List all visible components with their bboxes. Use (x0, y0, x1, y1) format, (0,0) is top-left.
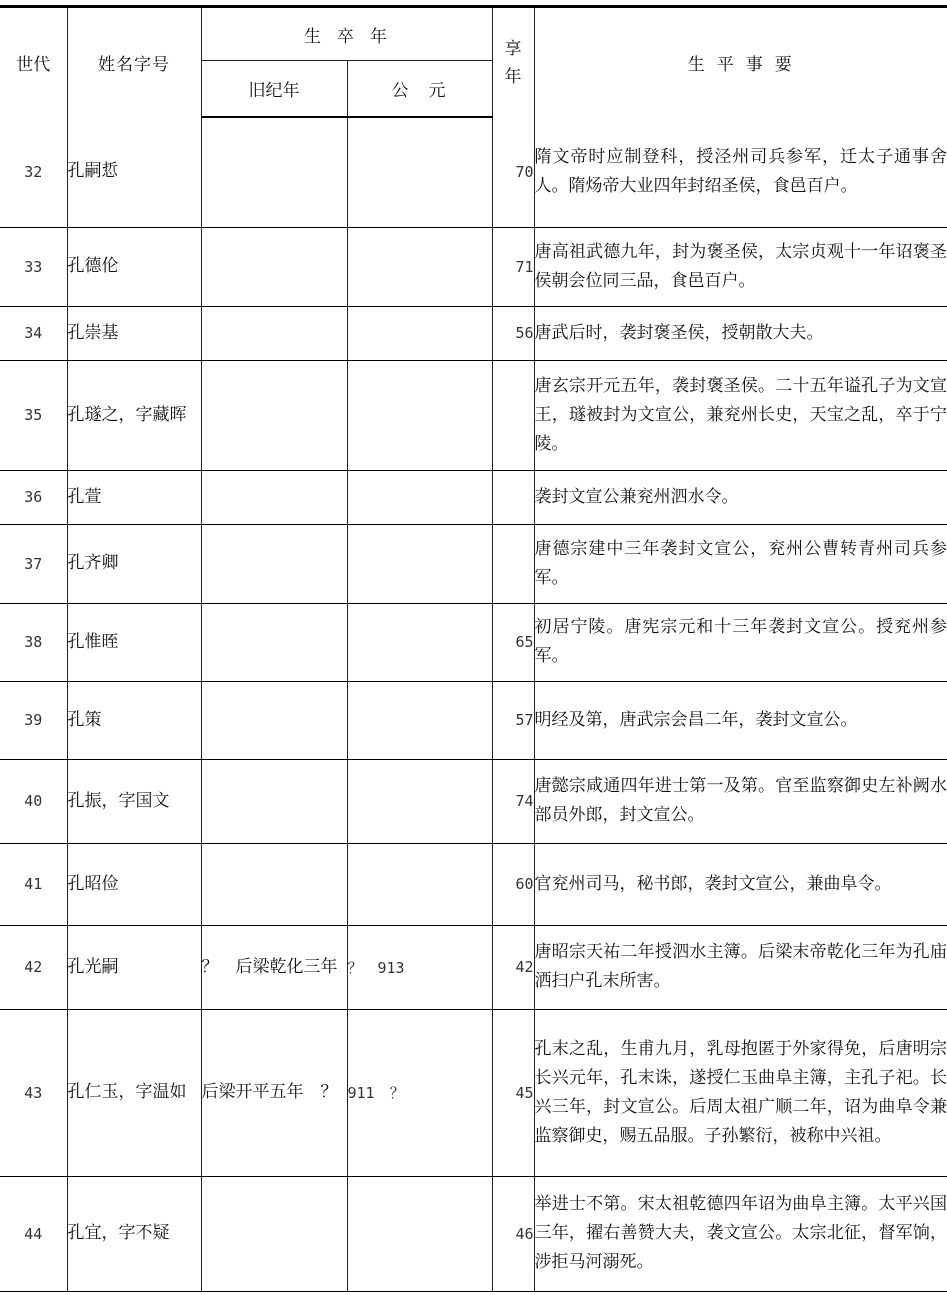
name-cell: 孔璲之，字藏晖 (67, 360, 201, 470)
ad-cell (347, 1176, 492, 1291)
name-cell: 孔齐卿 (67, 524, 201, 603)
old-calendar-cell (201, 603, 347, 681)
name-cell: 孔宜，字不疑 (67, 1176, 201, 1291)
generation-cell: 43 (0, 1009, 67, 1176)
age-cell: 71 (492, 227, 534, 306)
age-cell (492, 524, 534, 603)
name-cell: 孔崇基 (67, 306, 201, 360)
table-row: 41 孔昭俭 60 官兖州司马，秘书郎，袭封文宣公，兼曲阜令。 (0, 843, 947, 925)
old-calendar-cell: 后梁开平五年 ？ (201, 1009, 347, 1176)
header-age: 享年 (492, 7, 534, 118)
age-cell: 42 (492, 925, 534, 1009)
biography-cell: 唐德宗建中三年袭封文宣公，兖州公曹转青州司兵参军。 (534, 524, 947, 603)
name-cell: 孔萱 (67, 470, 201, 524)
ad-cell (347, 759, 492, 843)
header-biography: 生平事要 (534, 7, 947, 118)
biography-cell: 唐高祖武德九年，封为褒圣侯，太宗贞观十一年诏褒圣侯朝会位同三品，食邑百户。 (534, 227, 947, 306)
genealogy-table: 世代 姓名字号 生卒年 享年 生平事要 旧纪年 公元 32 孔嗣悊 70 隋文帝… (0, 5, 947, 1292)
name-cell: 孔惟晊 (67, 603, 201, 681)
age-cell: 56 (492, 306, 534, 360)
old-calendar-cell (201, 470, 347, 524)
biography-cell: 明经及第，唐武宗会昌二年，袭封文宣公。 (534, 681, 947, 759)
age-cell: 65 (492, 603, 534, 681)
biography-cell: 唐玄宗开元五年，袭封褒圣侯。二十五年谥孔子为文宣王，璲被封为文宣公，兼兖州长史，… (534, 360, 947, 470)
ad-cell (347, 681, 492, 759)
age-cell: 57 (492, 681, 534, 759)
age-cell: 46 (492, 1176, 534, 1291)
ad-cell (347, 306, 492, 360)
generation-cell: 34 (0, 306, 67, 360)
generation-cell: 36 (0, 470, 67, 524)
table-row: 38 孔惟晊 65 初居宁陵。唐宪宗元和十三年袭封文宣公。授兖州参军。 (0, 603, 947, 681)
biography-cell: 唐懿宗咸通四年进士第一及第。官至监察御史左补阙水部员外郎，封文宣公。 (534, 759, 947, 843)
table-row: 43 孔仁玉，字温如 后梁开平五年 ？ 911 ？ 45 孔末之乱，生甫九月，乳… (0, 1009, 947, 1176)
age-cell: 74 (492, 759, 534, 843)
age-cell: 70 (492, 117, 534, 227)
header-name: 姓名字号 (67, 7, 201, 118)
old-calendar-cell: ？ 后梁乾化三年 (201, 925, 347, 1009)
table-row: 35 孔璲之，字藏晖 唐玄宗开元五年，袭封褒圣侯。二十五年谥孔子为文宣王，璲被封… (0, 360, 947, 470)
generation-cell: 35 (0, 360, 67, 470)
generation-cell: 41 (0, 843, 67, 925)
ad-cell (347, 470, 492, 524)
ad-cell (347, 117, 492, 227)
old-calendar-cell (201, 117, 347, 227)
generation-cell: 44 (0, 1176, 67, 1291)
name-cell: 孔光嗣 (67, 925, 201, 1009)
ad-cell (347, 843, 492, 925)
generation-cell: 39 (0, 681, 67, 759)
biography-cell: 孔末之乱，生甫九月，乳母抱匿于外家得免，后唐明宗长兴元年，孔末诛，遂授仁玉曲阜主… (534, 1009, 947, 1176)
age-cell: 60 (492, 843, 534, 925)
header-age-label: 享年 (505, 35, 522, 91)
table-row: 34 孔崇基 56 唐武后时，袭封褒圣侯，授朝散大夫。 (0, 306, 947, 360)
old-calendar-cell (201, 1176, 347, 1291)
name-cell: 孔振，字国文 (67, 759, 201, 843)
ad-cell (347, 360, 492, 470)
table-body: 32 孔嗣悊 70 隋文帝时应制登科，授泾州司兵参军，迁太子通事舍人。隋炀帝大业… (0, 117, 947, 1291)
generation-cell: 32 (0, 117, 67, 227)
generation-cell: 33 (0, 227, 67, 306)
biography-cell: 初居宁陵。唐宪宗元和十三年袭封文宣公。授兖州参军。 (534, 603, 947, 681)
biography-cell: 唐昭宗天祐二年授泗水主簿。后梁末帝乾化三年为孔庙洒扫户孔末所害。 (534, 925, 947, 1009)
table-row: 37 孔齐卿 唐德宗建中三年袭封文宣公，兖州公曹转青州司兵参军。 (0, 524, 947, 603)
header-ad: 公元 (347, 61, 492, 118)
header-old-calendar: 旧纪年 (201, 61, 347, 118)
old-calendar-cell (201, 227, 347, 306)
ad-cell: ？ 913 (347, 925, 492, 1009)
ad-cell (347, 603, 492, 681)
name-cell: 孔德伦 (67, 227, 201, 306)
old-calendar-cell (201, 759, 347, 843)
name-cell: 孔昭俭 (67, 843, 201, 925)
name-cell: 孔策 (67, 681, 201, 759)
biography-cell: 官兖州司马，秘书郎，袭封文宣公，兼曲阜令。 (534, 843, 947, 925)
name-cell: 孔嗣悊 (67, 117, 201, 227)
table-row: 40 孔振，字国文 74 唐懿宗咸通四年进士第一及第。官至监察御史左补阙水部员外… (0, 759, 947, 843)
header-generation: 世代 (0, 7, 67, 118)
ad-cell (347, 227, 492, 306)
table-row: 32 孔嗣悊 70 隋文帝时应制登科，授泾州司兵参军，迁太子通事舍人。隋炀帝大业… (0, 117, 947, 227)
name-cell: 孔仁玉，字温如 (67, 1009, 201, 1176)
table-row: 39 孔策 57 明经及第，唐武宗会昌二年，袭封文宣公。 (0, 681, 947, 759)
biography-cell: 唐武后时，袭封褒圣侯，授朝散大夫。 (534, 306, 947, 360)
ad-cell (347, 524, 492, 603)
biography-cell: 举进士不第。宋太祖乾德四年诏为曲阜主簿。太平兴国三年，擢右善赞大夫，袭文宣公。太… (534, 1176, 947, 1291)
old-calendar-cell (201, 843, 347, 925)
old-calendar-cell (201, 360, 347, 470)
biography-cell: 袭封文宣公兼兖州泗水令。 (534, 470, 947, 524)
generation-cell: 38 (0, 603, 67, 681)
generation-cell: 42 (0, 925, 67, 1009)
age-cell (492, 360, 534, 470)
table-row: 42 孔光嗣 ？ 后梁乾化三年 ？ 913 42 唐昭宗天祐二年授泗水主簿。后梁… (0, 925, 947, 1009)
old-calendar-cell (201, 681, 347, 759)
generation-cell: 40 (0, 759, 67, 843)
table-row: 33 孔德伦 71 唐高祖武德九年，封为褒圣侯，太宗贞观十一年诏褒圣侯朝会位同三… (0, 227, 947, 306)
old-calendar-cell (201, 524, 347, 603)
table-header: 世代 姓名字号 生卒年 享年 生平事要 旧纪年 公元 (0, 7, 947, 118)
table-row: 36 孔萱 袭封文宣公兼兖州泗水令。 (0, 470, 947, 524)
ad-cell: 911 ？ (347, 1009, 492, 1176)
age-cell (492, 470, 534, 524)
table-row: 44 孔宜，字不疑 46 举进士不第。宋太祖乾德四年诏为曲阜主簿。太平兴国三年，… (0, 1176, 947, 1291)
header-birth-death: 生卒年 (201, 7, 492, 61)
biography-cell: 隋文帝时应制登科，授泾州司兵参军，迁太子通事舍人。隋炀帝大业四年封绍圣侯，食邑百… (534, 117, 947, 227)
age-cell: 45 (492, 1009, 534, 1176)
old-calendar-cell (201, 306, 347, 360)
generation-cell: 37 (0, 524, 67, 603)
